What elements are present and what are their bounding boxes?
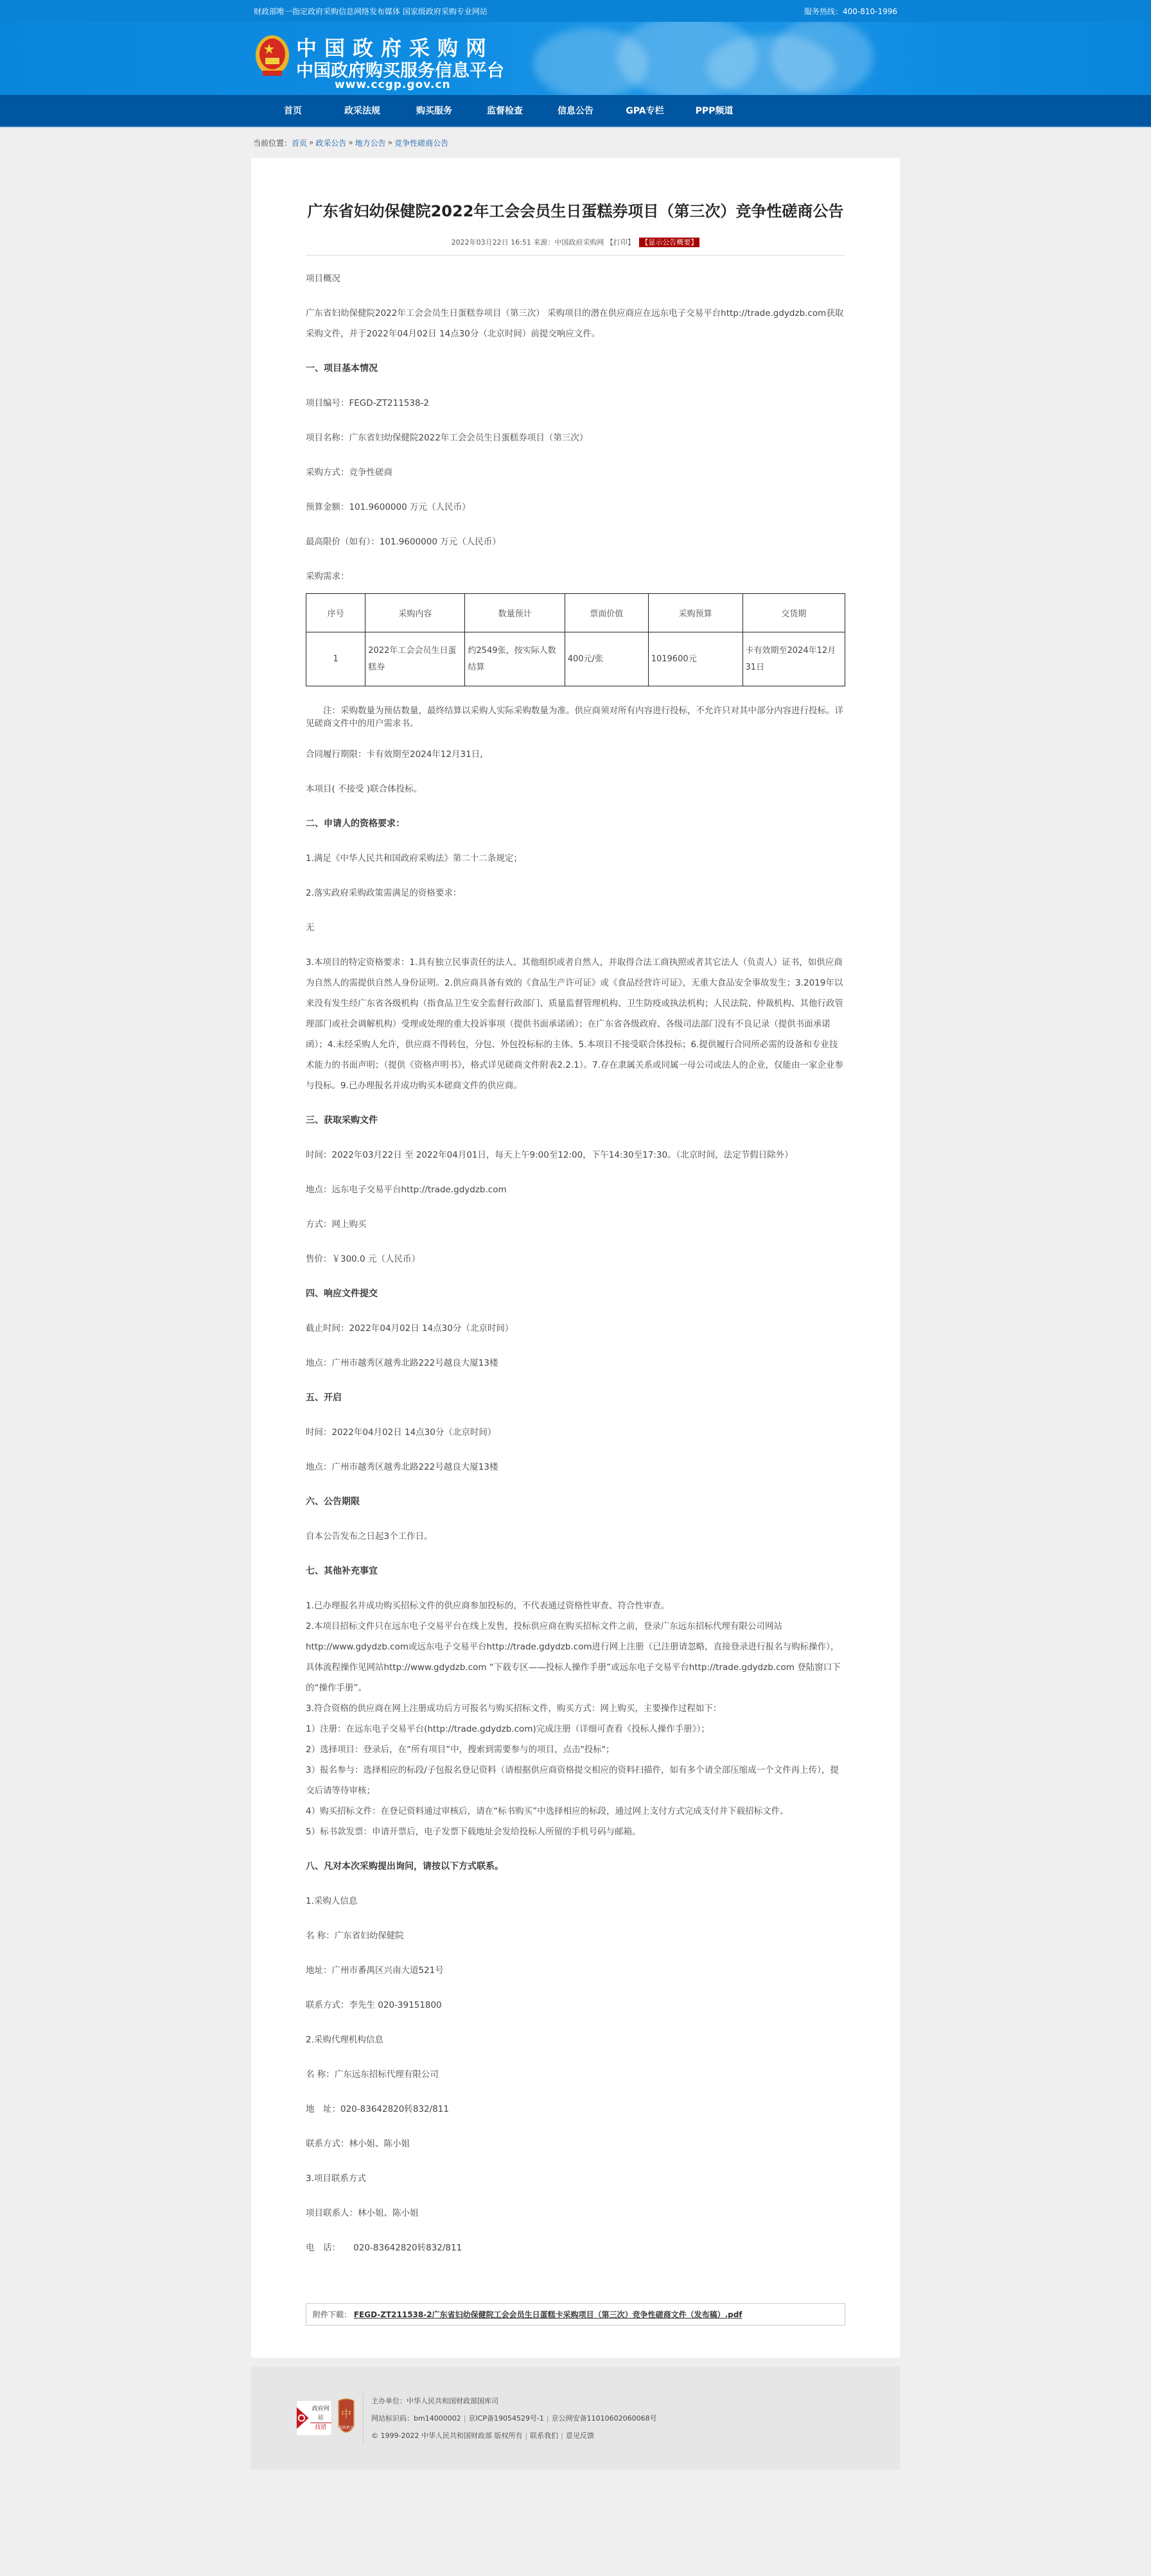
qualification-1: 1.满足《中华人民共和国政府采购法》第二十二条规定； [306, 848, 845, 869]
col-seq: 序号 [306, 594, 365, 632]
nav-announcements[interactable]: 信息公告 [553, 104, 598, 117]
section-3-heading: 三、获取采购文件 [306, 1110, 845, 1131]
article-title: 广东省妇幼保健院2022年工会会员生日蛋糕券项目（第三次）竞争性磋商公告 [306, 200, 845, 223]
footer-feedback-link[interactable]: 意见反馈 [566, 2432, 594, 2440]
breadcrumb-announcements[interactable]: 政采公告 [315, 137, 346, 148]
project-contact-phone: 电 话： 020-83642820转832/811 [306, 2238, 845, 2258]
footer-sponsor: 主办单位：中华人民共和国财政部国库司 [371, 2392, 657, 2410]
consortium-policy: 本项目( 不接受 )联合体投标。 [306, 779, 845, 799]
footer-copyright: © 1999-2022 中华人民共和国财政部 版权所有 [371, 2432, 522, 2440]
qualification-2: 2.落实政府采购政策需满足的资格要求： [306, 883, 845, 903]
party-gov-badge[interactable]: 中 党政机关 [337, 2398, 355, 2438]
supplement-3: 3.符合资格的供应商在网上注册成功后方可报名与购买招标文件，购买方式：网上购买，… [306, 1698, 845, 1719]
supplement-3-step-1: 1）注册：在远东电子交易平台(http://trade.gdydzb.com)完… [306, 1719, 845, 1739]
site-banner: 中国政府采购网 中国政府购买服务信息平台 www.ccgp.gov.cn [0, 22, 1151, 95]
supplement-3-step-4: 4）购买招标文件：在登记资料通过审核后，请在“标书购买”中选择相应的标段，通过网… [306, 1801, 845, 1822]
overview-text: 广东省妇幼保健院2022年工会会员生日蛋糕券项目（第三次） 采购项目的潜在供应商… [306, 303, 845, 344]
section-8-heading: 八、凡对本次采购提出询问，请按以下方式联系。 [306, 1856, 845, 1877]
table-row: 1 2022年工会会员生日蛋糕券 约2549张，按实际人数结算 400元/张 1… [306, 632, 845, 686]
submit-place: 地点：广州市越秀区越秀北路222号越良大厦13楼 [306, 1353, 845, 1373]
supplement-3-step-2: 2）选择项目：登录后，在“所有项目”中，搜索到需要参与的项目，点击"投标"； [306, 1739, 845, 1760]
project-name: 项目名称：广东省妇幼保健院2022年工会会员生日蛋糕券项目（第三次） [306, 428, 845, 448]
max-price: 最高限价（如有）：101.9600000 万元（人民币） [306, 532, 845, 552]
nav-home[interactable]: 首页 [277, 104, 309, 117]
article-body: 项目概况 广东省妇幼保健院2022年工会会员生日蛋糕券项目（第三次） 采购项目的… [306, 256, 845, 2326]
svg-text:中: 中 [341, 2408, 351, 2420]
opening-place: 地点：广州市越秀区越秀北路222号越良大厦13楼 [306, 1457, 845, 1477]
cell-seq: 1 [306, 632, 365, 686]
cell-face-value: 400元/张 [565, 632, 648, 686]
breadcrumb-prefix: 当前位置： [253, 137, 292, 148]
obtain-price: 售价：￥300.0 元（人民币） [306, 1249, 845, 1269]
project-contact-person: 项目联系人：林小姐、陈小姐 [306, 2203, 845, 2224]
qualification-2-value: 无 [306, 918, 845, 938]
breadcrumb: 当前位置： 首页 » 政采公告 » 地方公告 » 竞争性磋商公告 [251, 127, 900, 158]
section-7-heading: 七、其他补充事宜 [306, 1561, 845, 1581]
cell-budget: 1019600元 [648, 632, 742, 686]
publish-datetime: 2022年03月22日 16:51 [452, 238, 531, 247]
breadcrumb-home[interactable]: 首页 [292, 137, 307, 148]
project-number: 项目编号：FEGD-ZT211538-2 [306, 393, 845, 413]
demand-label: 采购需求： [306, 566, 845, 587]
nav-gpa[interactable]: GPA专栏 [622, 104, 667, 117]
section-1-heading: 一、项目基本情况 [306, 358, 845, 379]
obtain-time: 时间：2022年03月22日 至 2022年04月01日，每天上午9:00至12… [306, 1145, 845, 1165]
article-container: 广东省妇幼保健院2022年工会会员生日蛋糕券项目（第三次）竞争性磋商公告 202… [251, 158, 900, 2358]
nav-purchase-services[interactable]: 购买服务 [412, 104, 457, 117]
magnifier-flag-icon [297, 2404, 309, 2432]
cell-delivery: 卡有效期至2024年12月31日 [742, 632, 845, 686]
section-5-heading: 五、开启 [306, 1388, 845, 1408]
col-content: 采购内容 [365, 594, 465, 632]
site-slogan: 财政部唯一指定政府采购信息网络发布媒体 国家级政府采购专业网站 [254, 6, 488, 17]
party-gov-emblem-icon: 中 党政机关 [337, 2398, 355, 2438]
qualification-3: 3.本项目的特定资格要求：1.具有独立民事责任的法人、其他组织或者自然人，并取得… [306, 952, 845, 1096]
nav-supervision[interactable]: 监督检查 [482, 104, 527, 117]
procurement-method: 采购方式：竞争性磋商 [306, 462, 845, 483]
agency-heading: 2.采购代理机构信息 [306, 2030, 845, 2050]
supplement-2: 2.本项目招标文件只在远东电子交易平台在线上发售，投标供应商在购买招标文件之前，… [306, 1616, 845, 1698]
attachment-label: 附件下载： [313, 2310, 351, 2319]
national-emblem-icon [255, 35, 290, 78]
supplement-3-step-5: 5）标书款发票：申请开票后，电子发票下载地址会发给投标人所留的手机号码与邮箱。 [306, 1822, 845, 1842]
supplement-3-step-3: 3）报名参与：选择相应的标段/子包报名登记资料（请根据供应商资格提交相应的资料扫… [306, 1760, 845, 1801]
submit-deadline: 截止时间：2022年04月02日 14点30分（北京时间） [306, 1318, 845, 1339]
cell-content: 2022年工会会员生日蛋糕券 [365, 632, 465, 686]
gov-site-error-report-badge[interactable]: 政府网站 找错 [296, 2400, 332, 2436]
service-hotline: 服务热线：400-810-1996 [804, 6, 897, 17]
contract-period: 合同履行期限：卡有效期至2024年12月31日, [306, 744, 845, 765]
site-footer: 政府网站 找错 中 党政机关 主办单位：中华人民共和国财政部国库司 网站标识码：… [251, 2367, 900, 2469]
nav-regulations[interactable]: 政采法规 [340, 104, 385, 117]
footer-contact-link[interactable]: 联系我们 [530, 2432, 558, 2440]
buyer-contact: 联系方式：李先生 020-39151800 [306, 1995, 845, 2015]
show-summary-button[interactable]: 【显示公告概要】 [639, 238, 699, 247]
breadcrumb-current[interactable]: 竞争性磋商公告 [394, 137, 448, 148]
svg-text:党政机关: 党政机关 [338, 2425, 354, 2430]
top-bar: 财政部唯一指定政府采购信息网络发布媒体 国家级政府采购专业网站 服务热线：400… [0, 0, 1151, 22]
agency-name: 名 称：广东远东招标代理有限公司 [306, 2064, 845, 2085]
agency-contact: 联系方式：林小姐、陈小姐 [306, 2134, 845, 2154]
notice-period: 自本公告发布之日起3个工作日。 [306, 1526, 845, 1547]
opening-time: 时间：2022年04月02日 14点30分（北京时间） [306, 1422, 845, 1443]
overview-heading: 项目概况 [306, 268, 845, 289]
col-face-value: 票面价值 [565, 594, 648, 632]
obtain-method: 方式：网上购买 [306, 1214, 845, 1235]
footer-divider [363, 2392, 364, 2444]
agency-address: 地 址：020-83642820转832/811 [306, 2099, 845, 2119]
table-header-row: 序号 采购内容 数量预计 票面价值 采购预算 交货期 [306, 594, 845, 632]
buyer-name: 名 称：广东省妇幼保健院 [306, 1926, 845, 1946]
footer-site-code: 网站标识码：bm14000002 [371, 2414, 461, 2423]
article-meta: 2022年03月22日 16:51 来源：中国政府采购网 【打印】 【显示公告概… [306, 237, 845, 256]
section-6-heading: 六、公告期限 [306, 1492, 845, 1512]
obtain-place: 地点：远东电子交易平台http://trade.gdydzb.com [306, 1179, 845, 1200]
print-button[interactable]: 【打印】 [606, 238, 635, 247]
col-budget: 采购预算 [648, 594, 742, 632]
footer-icp-link[interactable]: 京ICP备19054529号-1 [468, 2414, 544, 2423]
section-4-heading: 四、响应文件提交 [306, 1284, 845, 1304]
footer-police-link[interactable]: 京公网安备11010602060068号 [552, 2414, 657, 2423]
nav-ppp[interactable]: PPP频道 [692, 104, 737, 117]
project-contact-heading: 3.项目联系方式 [306, 2168, 845, 2189]
buyer-address: 地址：广州市番禺区兴南大道521号 [306, 1960, 845, 1981]
attachment-box: 附件下载： FEGD-ZT211538-2广东省妇幼保健院工会会员生日蛋糕卡采购… [306, 2303, 845, 2326]
col-delivery: 交货期 [742, 594, 845, 632]
col-quantity: 数量预计 [465, 594, 565, 632]
budget-amount: 预算金额：101.9600000 万元（人民币） [306, 497, 845, 518]
cell-quantity: 约2549张，按实际人数结算 [465, 632, 565, 686]
section-2-heading: 二、申请人的资格要求： [306, 814, 845, 834]
supplement-1: 1.已办理报名并成功购买招标文件的供应商参加投标的，不代表通过资格性审查、符合性… [306, 1596, 845, 1616]
buyer-heading: 1.采购人信息 [306, 1891, 845, 1911]
site-logo[interactable]: 中国政府采购网 中国政府购买服务信息平台 www.ccgp.gov.cn [251, 22, 508, 95]
breadcrumb-local[interactable]: 地方公告 [355, 137, 386, 148]
logo-url: www.ccgp.gov.cn [335, 78, 451, 91]
article-source: 来源：中国政府采购网 [533, 238, 604, 247]
footer-info: 主办单位：中华人民共和国财政部国库司 网站标识码：bm14000002|京ICP… [371, 2392, 657, 2444]
main-nav: 首页 政采法规 购买服务 监督检查 信息公告 GPA专栏 PPP频道 [0, 95, 1151, 127]
requirements-table: 序号 采购内容 数量预计 票面价值 采购预算 交货期 1 2022年工会会员生日… [306, 593, 845, 686]
procurement-note: 注：采购数量为预估数量，最终结算以采购人实际采购数量为准。供应商须对所有内容进行… [306, 704, 845, 730]
attachment-download-link[interactable]: FEGD-ZT211538-2广东省妇幼保健院工会会员生日蛋糕卡采购项目（第三次… [354, 2310, 742, 2319]
